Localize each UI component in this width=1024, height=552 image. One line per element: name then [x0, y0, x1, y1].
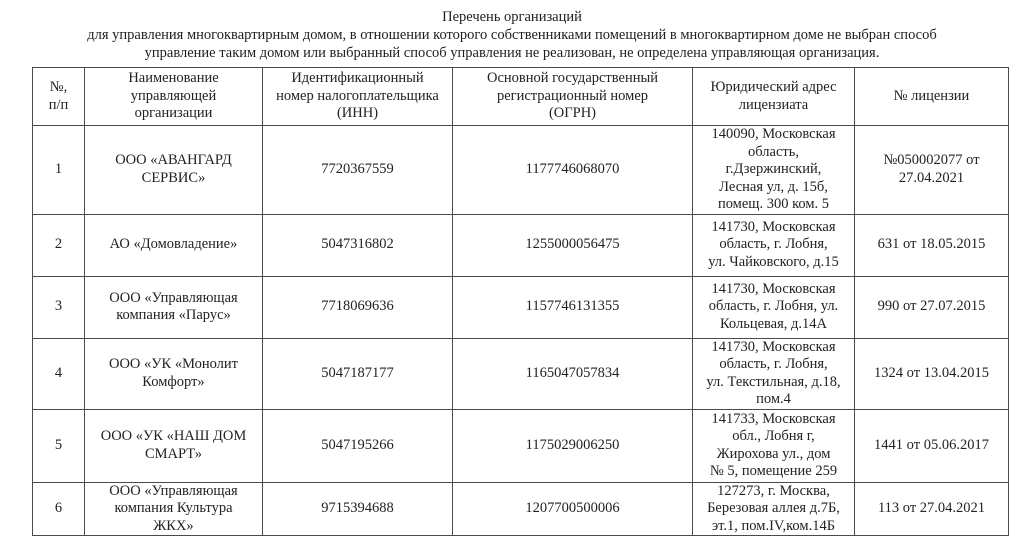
table-header-row: №, п/п Наименование управляющей организа… [33, 68, 1009, 126]
cell-legal-address: 141733, Московская обл., Лобня г, Жирохо… [693, 409, 855, 482]
title-line-3: управление таким домом или выбранный спо… [0, 44, 1024, 62]
header-number: №, п/п [33, 68, 85, 126]
cell-inn: 5047316802 [263, 214, 453, 276]
cell-org-name: ООО «УК «НАШ ДОМ СМАРТ» [85, 409, 263, 482]
cell-org-name: ООО «УК «Монолит Комфорт» [85, 338, 263, 409]
cell-inn: 9715394688 [263, 482, 453, 536]
cell-number: 2 [33, 214, 85, 276]
cell-ogrn: 1157746131355 [453, 276, 693, 338]
table-row: 2 АО «Домовладение» 5047316802 125500005… [33, 214, 1009, 276]
cell-org-name: ООО «Управляющая компания «Парус» [85, 276, 263, 338]
header-license-number: № лицензии [855, 68, 1009, 126]
cell-ogrn: 1175029006250 [453, 409, 693, 482]
cell-inn: 7718069636 [263, 276, 453, 338]
header-org-name: Наименование управляющей организации [85, 68, 263, 126]
table-row: 1 ООО «АВАНГАРД СЕРВИС» 7720367559 11777… [33, 126, 1009, 215]
header-legal-address: Юридический адрес лицензиата [693, 68, 855, 126]
cell-org-name: ООО «Управляющая компания Культура ЖКХ» [85, 482, 263, 536]
cell-legal-address: 140090, Московская область, г.Дзержински… [693, 126, 855, 215]
cell-number: 4 [33, 338, 85, 409]
cell-ogrn: 1207700500006 [453, 482, 693, 536]
cell-number: 6 [33, 482, 85, 536]
cell-license: 1324 от 13.04.2015 [855, 338, 1009, 409]
cell-ogrn: 1255000056475 [453, 214, 693, 276]
cell-legal-address: 141730, Московская область, г. Лобня, ул… [693, 214, 855, 276]
cell-license: 631 от 18.05.2015 [855, 214, 1009, 276]
cell-legal-address: 141730, Московская область, г. Лобня, ул… [693, 338, 855, 409]
table-row: 3 ООО «Управляющая компания «Парус» 7718… [33, 276, 1009, 338]
cell-org-name: АО «Домовладение» [85, 214, 263, 276]
table-row: 4 ООО «УК «Монолит Комфорт» 5047187177 1… [33, 338, 1009, 409]
cell-number: 1 [33, 126, 85, 215]
cell-inn: 5047195266 [263, 409, 453, 482]
cell-org-name: ООО «АВАНГАРД СЕРВИС» [85, 126, 263, 215]
cell-license: 990 от 27.07.2015 [855, 276, 1009, 338]
header-inn: Идентификационный номер налогоплательщик… [263, 68, 453, 126]
cell-number: 3 [33, 276, 85, 338]
cell-ogrn: 1177746068070 [453, 126, 693, 215]
cell-legal-address: 127273, г. Москва, Березовая аллея д.7Б,… [693, 482, 855, 536]
table-row: 5 ООО «УК «НАШ ДОМ СМАРТ» 5047195266 117… [33, 409, 1009, 482]
title-line-1: Перечень организаций [0, 8, 1024, 26]
cell-license: №050002077 от 27.04.2021 [855, 126, 1009, 215]
title-line-2: для управления многоквартирным домом, в … [0, 26, 1024, 44]
document-title: Перечень организаций для управления мног… [0, 8, 1024, 62]
cell-legal-address: 141730, Московская область, г. Лобня, ул… [693, 276, 855, 338]
table-row: 6 ООО «Управляющая компания Культура ЖКХ… [33, 482, 1009, 536]
organizations-table: №, п/п Наименование управляющей организа… [32, 67, 1009, 536]
cell-license: 113 от 27.04.2021 [855, 482, 1009, 536]
cell-license: 1441 от 05.06.2017 [855, 409, 1009, 482]
cell-inn: 5047187177 [263, 338, 453, 409]
header-ogrn: Основной государственный регистрационный… [453, 68, 693, 126]
cell-inn: 7720367559 [263, 126, 453, 215]
cell-number: 5 [33, 409, 85, 482]
cell-ogrn: 1165047057834 [453, 338, 693, 409]
